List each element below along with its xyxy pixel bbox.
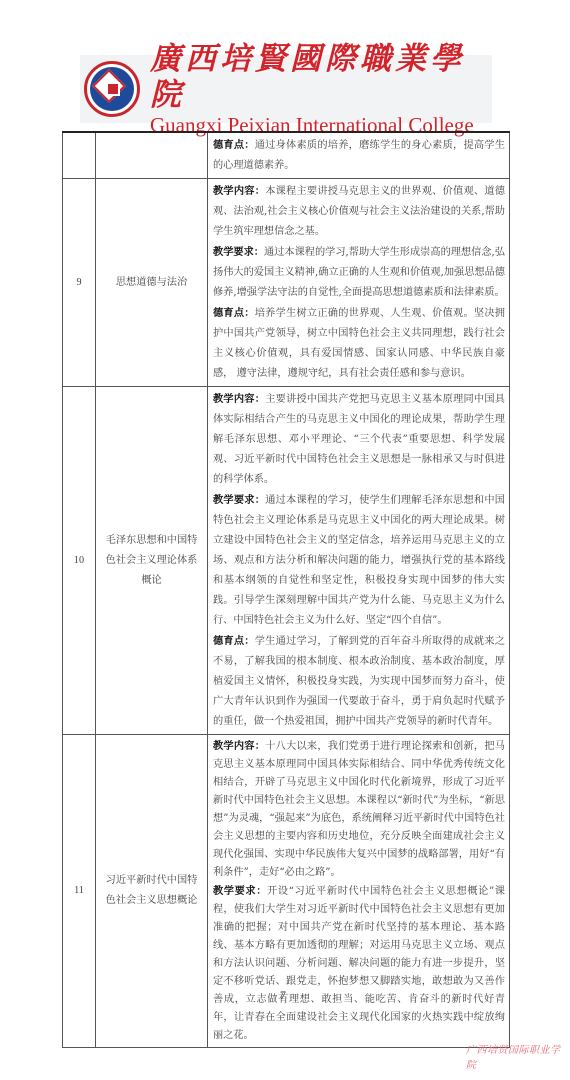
description-section: 德育点：学生通过学习，了解到党的百年奋斗所取得的成就来之不易，了解我国的根本制度…: [213, 631, 505, 732]
description-section: 教学内容：十八大以来，我们党勇于进行理论探索和创新，把马克思主义基本原理同中国具…: [213, 737, 505, 882]
college-emblem-icon: [84, 61, 140, 117]
course-name: 习近平新时代中国特色社会主义思想概论: [96, 735, 208, 1048]
course-description: 教学内容：主要讲授中国共产党把马克思主义基本原理同中国具 体实际相结合产生的马克…: [208, 387, 510, 735]
section-text: 主要讲授中国共产党把马克思主义基本原理同中国具 体实际相结合产生的马克思主义中国…: [213, 394, 505, 485]
table-row: 德育点：通过身体素质的培养，磨练学生的身心素质，提高学生的心理道德素养。: [63, 132, 510, 179]
section-label: 教学内容：: [213, 393, 265, 405]
course-number: 9: [63, 179, 96, 387]
section-text: 培养学生树立正确的世界观、人生观、价值观。坚决拥护中国共产党领导，树立中国特色社…: [213, 308, 505, 379]
section-label: 教学要求：: [213, 494, 265, 506]
description-section: 教学要求：开设“习近平新时代中国特色社会主义思想概论”课程，使我们大学生对习近平…: [213, 882, 505, 1045]
course-number: 11: [63, 735, 96, 1048]
section-label: 德育点：: [213, 139, 255, 151]
section-label: 教学要求：: [213, 246, 264, 258]
description-section: 教学内容：本课程主要讲授马克思主义的世界观、价值观、道德观、法治观,社会主义核心…: [213, 181, 505, 242]
description-section: 德育点：培养学生树立正确的世界观、人生观、价值观。坚决拥护中国共产党领导，树立中…: [213, 303, 505, 384]
school-name-chinese: 廣西培賢國際職業學院: [150, 41, 492, 113]
course-number: [63, 132, 96, 179]
section-label: 德育点：: [213, 307, 255, 319]
section-label: 教学内容：: [213, 740, 265, 752]
course-name: 毛泽东思想和中国特色社会主义理论体系概论: [96, 387, 208, 735]
footer-watermark: 广西培贤国际职业学院: [466, 1041, 570, 1071]
description-section: 教学要求：通过本课程的学习，使学生们理解毛泽东思想和中国特色社会主义理论体系是马…: [213, 490, 505, 631]
page-number: 7: [280, 988, 286, 1003]
course-description: 教学内容：十八大以来，我们党勇于进行理论探索和创新，把马克思主义基本原理同中国具…: [208, 735, 510, 1048]
description-section: 德育点：通过身体素质的培养，磨练学生的身心素质，提高学生的心理道德素养。: [213, 135, 505, 176]
section-text: 开设“习近平新时代中国特色社会主义思想概论”课程，使我们大学生对习近平新时代中国…: [213, 886, 505, 1041]
table-row: 10 毛泽东思想和中国特色社会主义理论体系概论 教学内容：主要讲授中国共产党把马…: [63, 387, 510, 735]
course-name: [96, 132, 208, 179]
section-text: 十八大以来，我们党勇于进行理论探索和创新，把马克思主义基本原理同中国具体实际相结…: [213, 741, 505, 878]
section-label: 教学要求：: [213, 885, 267, 897]
section-text: 学生通过学习，了解到党的百年奋斗所取得的成就来之不易，了解我国的根本制度、根本政…: [213, 636, 505, 727]
section-text: 通过身体素质的培养，磨练学生的身心素质，提高学生的心理道德素养。: [213, 140, 505, 171]
curriculum-table: 德育点：通过身体素质的培养，磨练学生的身心素质，提高学生的心理道德素养。 9 思…: [62, 131, 510, 1048]
table-row: 11 习近平新时代中国特色社会主义思想概论 教学内容：十八大以来，我们党勇于进行…: [63, 735, 510, 1048]
description-section: 教学内容：主要讲授中国共产党把马克思主义基本原理同中国具 体实际相结合产生的马克…: [213, 389, 505, 490]
table-row: 9 思想道德与法治 教学内容：本课程主要讲授马克思主义的世界观、价值观、道德观、…: [63, 179, 510, 387]
description-section: 教学要求：通过本课程的学习,帮助大学生形成崇高的理想信念,弘扬伟大的爱国主义精神…: [213, 242, 505, 303]
course-name: 思想道德与法治: [96, 179, 208, 387]
section-text: 通过本课程的学习，使学生们理解毛泽东思想和中国特色社会主义理论体系是马克思主义中…: [213, 495, 505, 626]
section-label: 德育点：: [213, 635, 255, 647]
college-header-banner: 廣西培賢國際職業學院 Guangxi Peixian International…: [80, 55, 492, 123]
course-description: 教学内容：本课程主要讲授马克思主义的世界观、价值观、道德观、法治观,社会主义核心…: [208, 179, 510, 387]
course-description: 德育点：通过身体素质的培养，磨练学生的身心素质，提高学生的心理道德素养。: [208, 132, 510, 179]
course-number: 10: [63, 387, 96, 735]
section-label: 教学内容：: [213, 185, 265, 197]
